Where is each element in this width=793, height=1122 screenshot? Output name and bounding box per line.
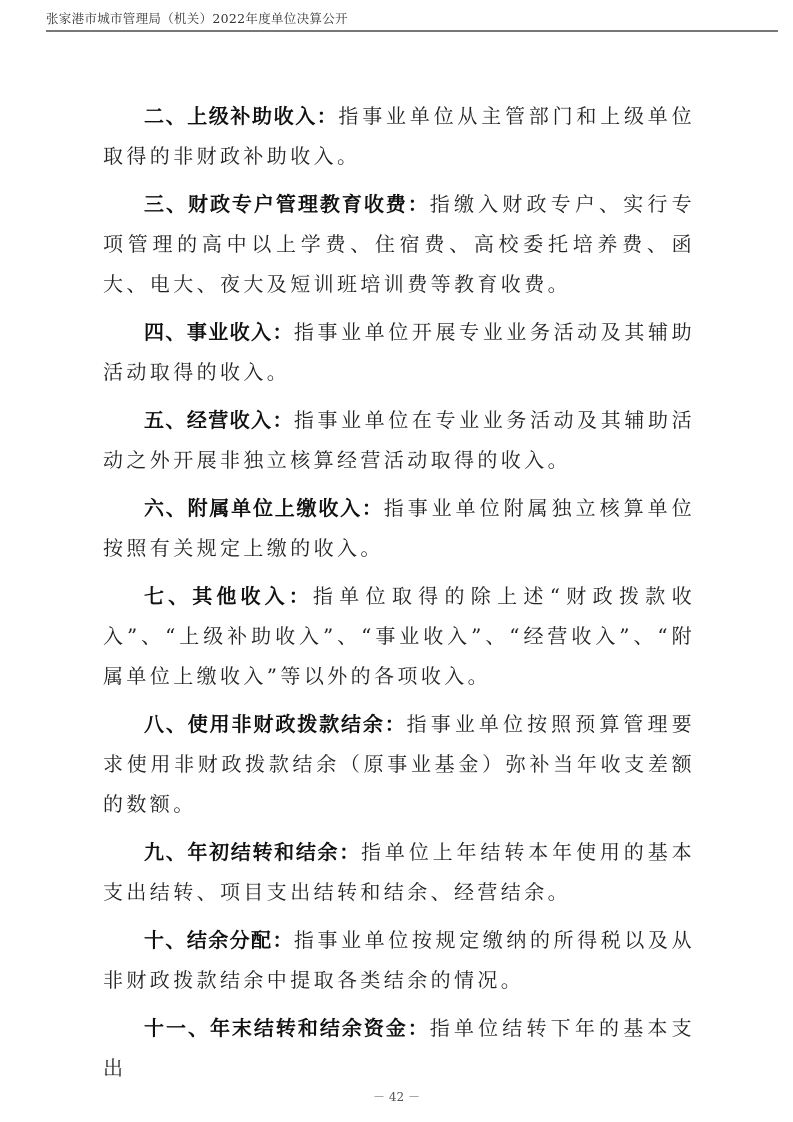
term-label: 七、其他收入：: [144, 584, 313, 608]
paragraph-affiliate-remittance: 六、附属单位上缴收入：指事业单位附属独立核算单位按照有关规定上缴的收入。: [103, 488, 695, 568]
term-label: 六、附属单位上缴收入：: [144, 496, 384, 520]
paragraph-operating-income: 五、经营收入：指事业单位在专业业务活动及其辅助活动之外开展非独立核算经营活动取得…: [103, 400, 695, 480]
page-header: 张家港市城市管理局（机关）2022年度单位决算公开: [46, 8, 778, 32]
term-label: 十、结余分配：: [144, 928, 294, 952]
term-label: 八、使用非财政拨款结余：: [144, 712, 407, 736]
paragraph-closing-carryover: 十一、年末结转和结余资金：指单位结转下年的基本支出: [103, 1008, 695, 1088]
term-label: 三、财政专户管理教育收费：: [144, 192, 430, 216]
document-body: 二、上级补助收入：指事业单位从主管部门和上级单位取得的非财政补助收入。 三、财政…: [103, 96, 695, 1096]
term-label: 五、经营收入：: [144, 408, 294, 432]
term-label: 九、年初结转和结余：: [144, 840, 361, 864]
term-label: 四、事业收入：: [144, 320, 294, 344]
paragraph-non-fiscal-balance-use: 八、使用非财政拨款结余：指事业单位按照预算管理要求使用非财政拨款结余（原事业基金…: [103, 704, 695, 824]
paragraph-education-fees: 三、财政专户管理教育收费：指缴入财政专户、实行专项管理的高中以上学费、住宿费、高…: [103, 184, 695, 304]
paragraph-opening-carryover: 九、年初结转和结余：指单位上年结转本年使用的基本支出结转、项目支出结转和结余、经…: [103, 832, 695, 912]
paragraph-other-income: 七、其他收入：指单位取得的除上述“财政拨款收入”、“上级补助收入”、“事业收入”…: [103, 576, 695, 696]
page-number: － 42 －: [0, 1088, 793, 1105]
paragraph-surplus-distribution: 十、结余分配：指事业单位按规定缴纳的所得税以及从非财政拨款结余中提取各类结余的情…: [103, 920, 695, 1000]
paragraph-superior-subsidy-income: 二、上级补助收入：指事业单位从主管部门和上级单位取得的非财政补助收入。: [103, 96, 695, 176]
header-title: 张家港市城市管理局（机关）2022年度单位决算公开: [46, 9, 348, 27]
paragraph-business-income: 四、事业收入：指事业单位开展专业业务活动及其辅助活动取得的收入。: [103, 312, 695, 392]
term-label: 十一、年末结转和结余资金：: [144, 1016, 430, 1040]
term-label: 二、上级补助收入：: [144, 104, 338, 128]
